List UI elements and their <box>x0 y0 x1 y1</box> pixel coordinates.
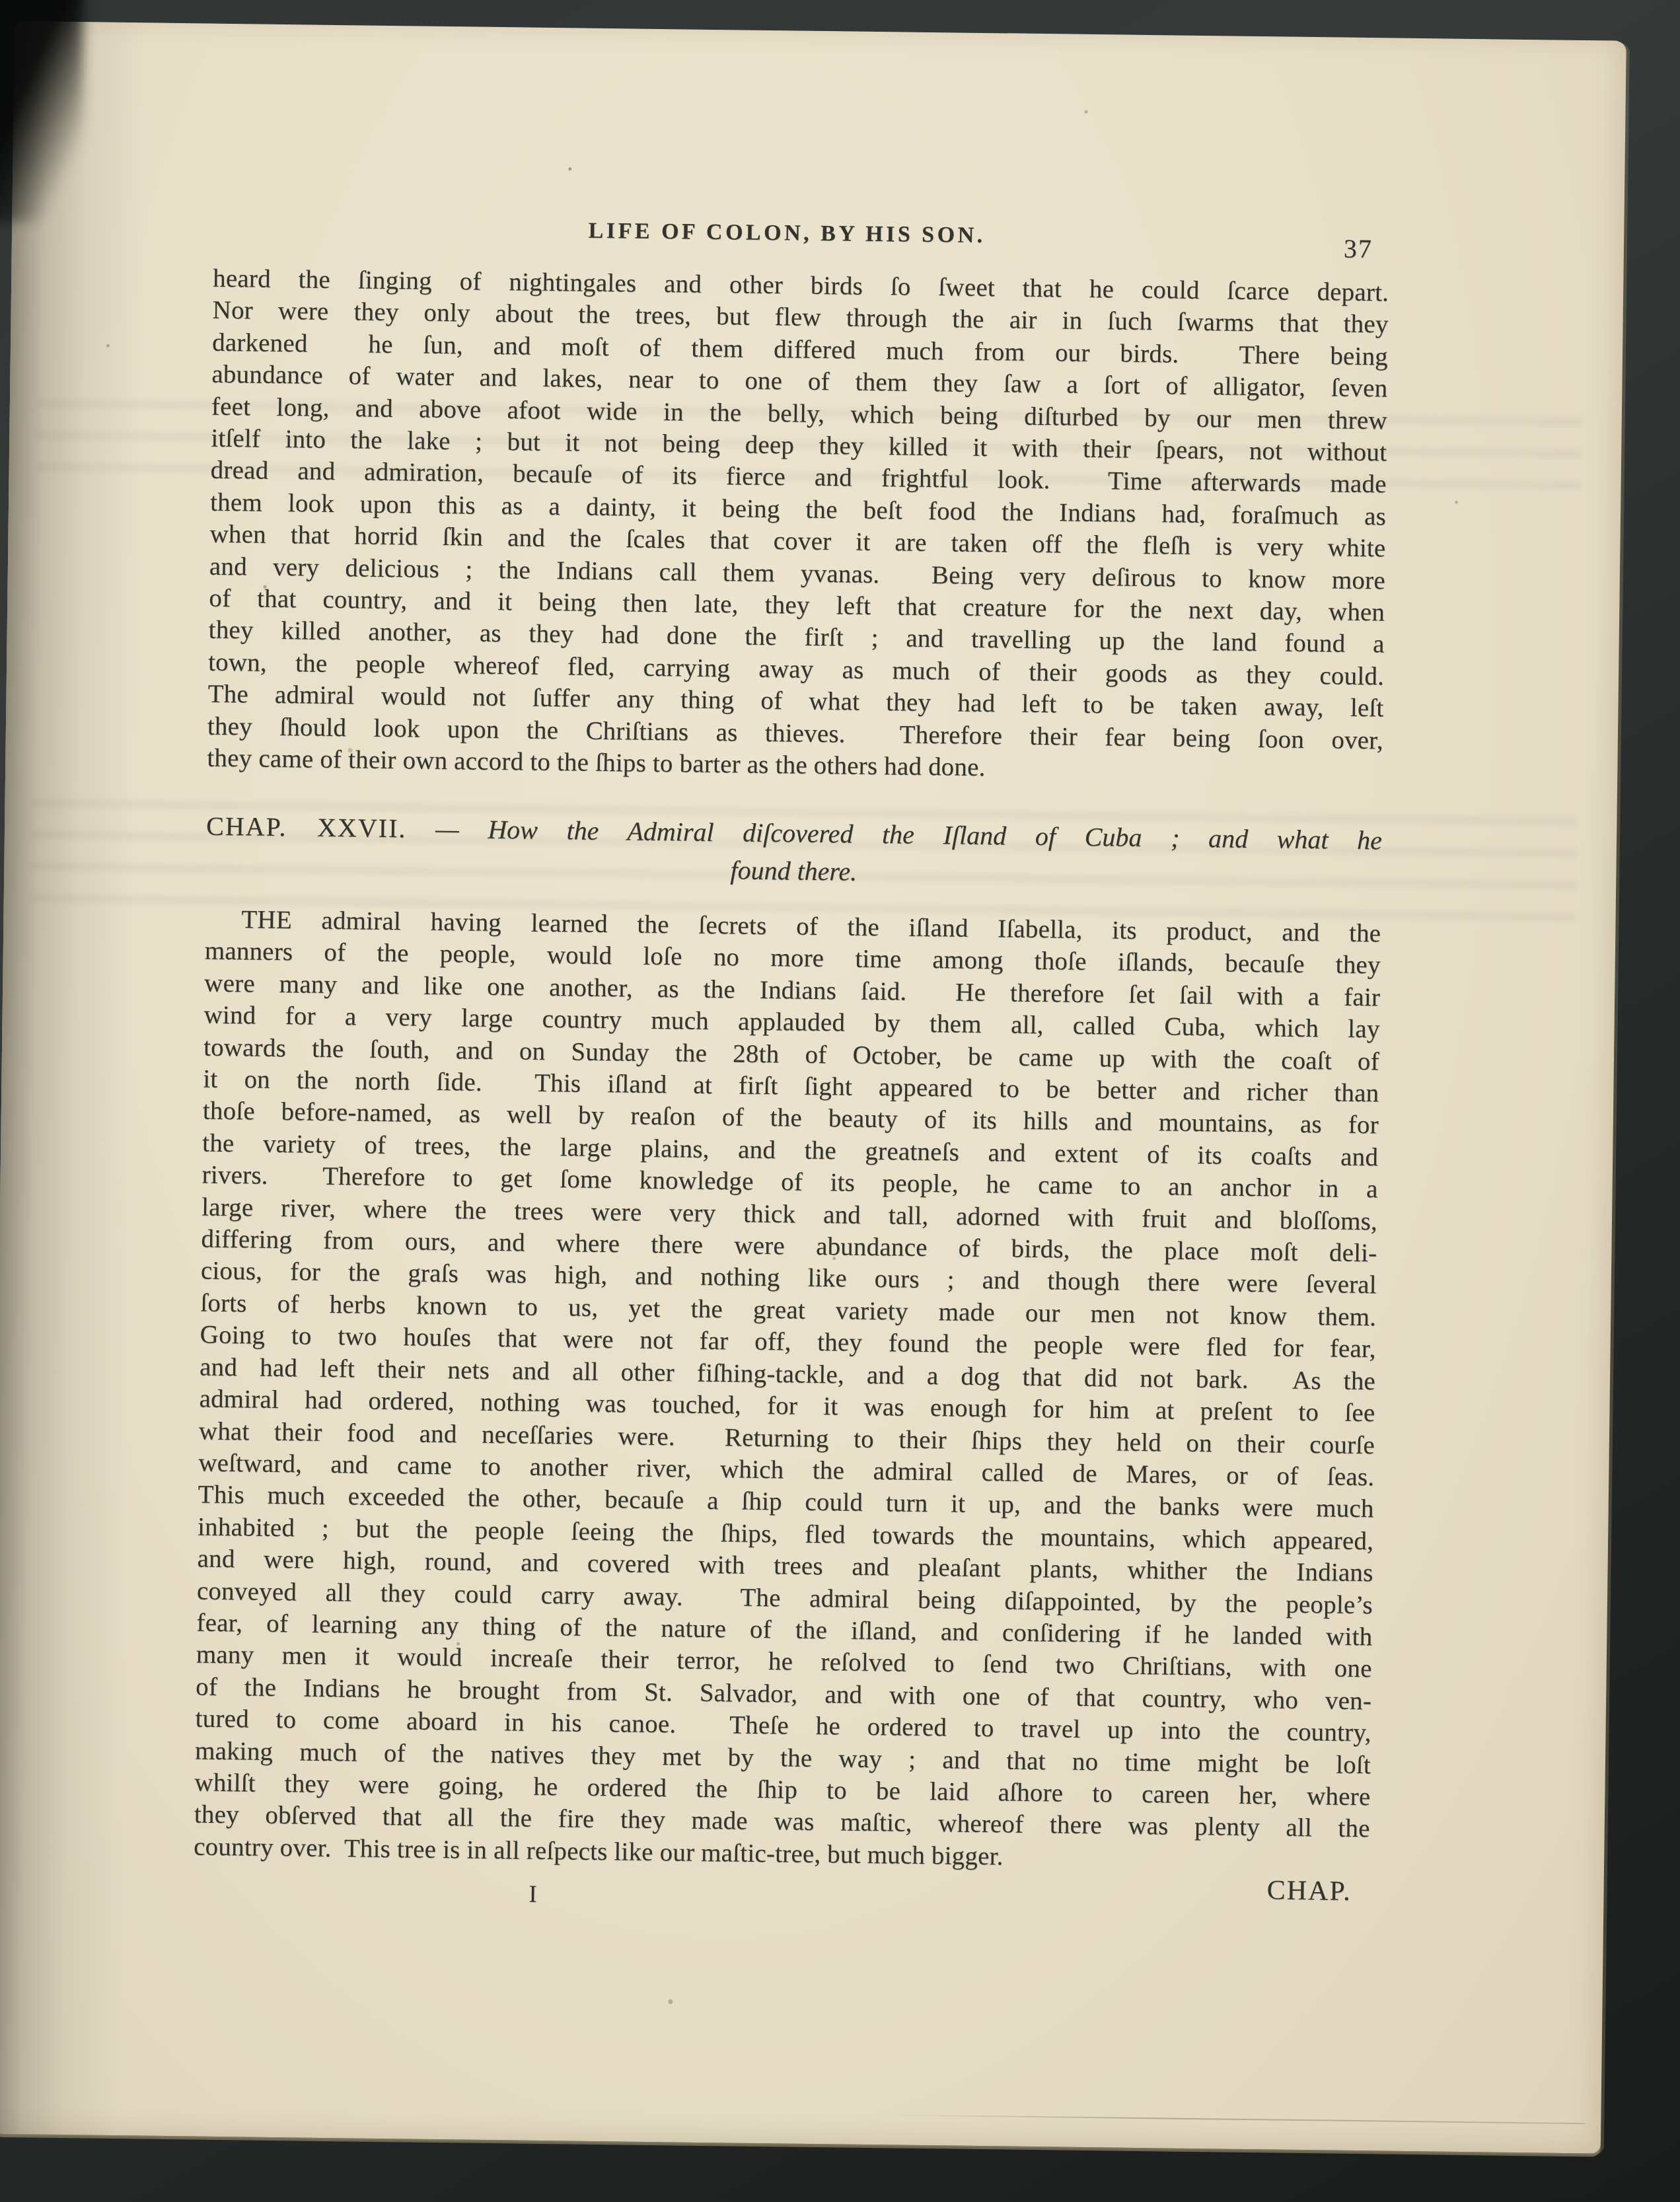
spine-shadow <box>0 0 83 222</box>
running-title: LIFE OF COLON, BY HIS SON. <box>199 213 1375 253</box>
chapter-heading: CHAP. XXVII. — How the Admiral diſcovere… <box>205 807 1382 898</box>
running-head-row: LIFE OF COLON, BY HIS SON. 37 <box>213 214 1390 271</box>
chapter-number: CHAP. XXVII. <box>206 811 407 844</box>
gutter-shadow <box>0 21 147 2135</box>
type-area: LIFE OF COLON, BY HIS SON. 37 heard the … <box>190 24 1392 2151</box>
catchword: CHAP. <box>1266 1874 1351 1907</box>
scanner-background: LIFE OF COLON, BY HIS SON. 37 heard the … <box>0 0 1680 2202</box>
chapter-paragraph: THE admiral having learned the ſecrets o… <box>194 904 1381 1878</box>
signature-mark: I <box>529 1880 537 1909</box>
page-number: 37 <box>1344 233 1373 265</box>
paragraph-continuation: heard the ſinging of nightingales and ot… <box>207 263 1389 789</box>
chapter-title-text: — How the Admiral diſcovered the Iſland … <box>435 814 1382 856</box>
book-page: LIFE OF COLON, BY HIS SON. 37 heard the … <box>0 21 1626 2154</box>
